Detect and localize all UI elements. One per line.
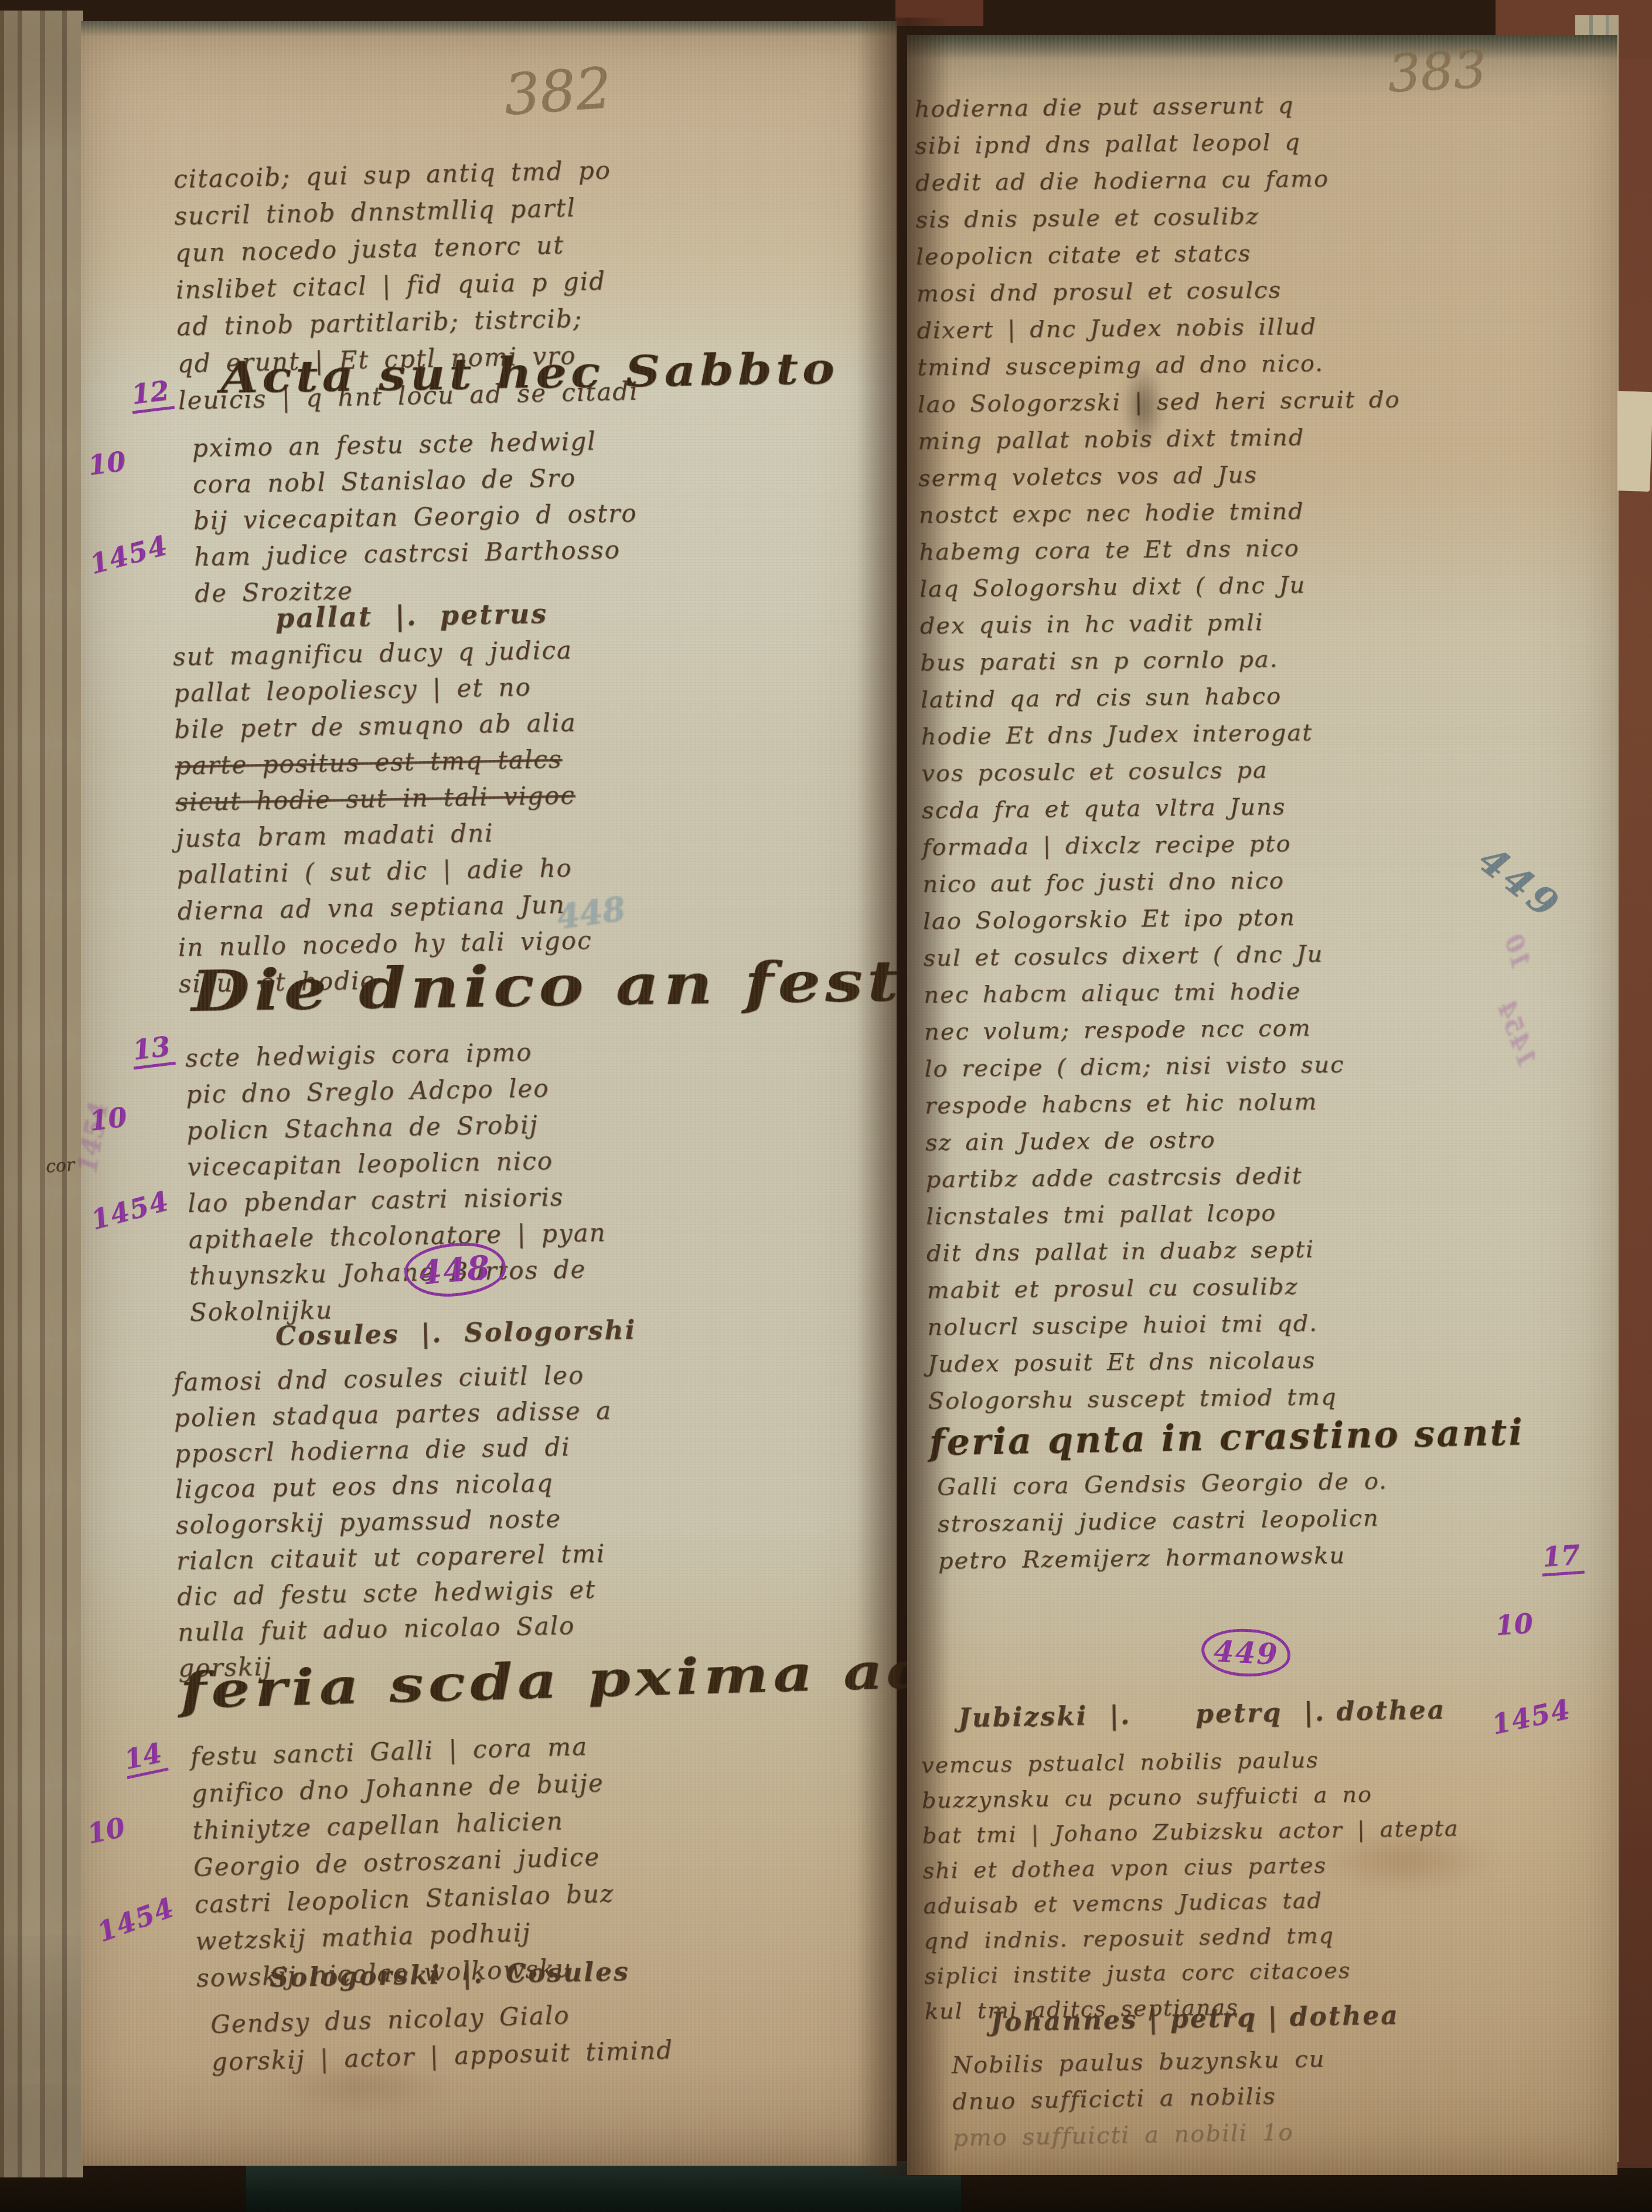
party-line-sologorski-consules: Sologorski |. Cosules: [270, 1957, 630, 1993]
book-cover-gutter-notch: [895, 0, 983, 26]
margin-date-day: 14: [120, 1737, 169, 1780]
margin-correction-mark: cor: [45, 1154, 76, 1177]
manuscript-line: sermq voletcs vos ad Jus: [918, 454, 1511, 497]
manuscript-line: mosi dnd prosul et cosulcs: [916, 270, 1508, 313]
party-line-jubizski-petrus-dorothea: Jubizski |. petrq |. dothea: [958, 1695, 1446, 1734]
manuscript-line: ming pallat nobis dixt tmind: [918, 417, 1510, 461]
party-line-johannes-petrus-dorothea: Johannes | petrq | dothea: [990, 2000, 1399, 2037]
paragraph-actor-apposuit: Gendsy dus nicolay Gialogorskij | actor …: [210, 1988, 904, 2081]
manuscript-line: partibz adde castrcsis dedit: [925, 1156, 1518, 1199]
party-line-pallat-petrus: pallat |. petrus: [275, 598, 549, 634]
manuscript-line: mabit et prosul cu cosulibz: [927, 1266, 1519, 1310]
margin-date-year: 1454: [87, 524, 190, 580]
manuscript-line: licnstales tmi pallat lcopo: [926, 1192, 1518, 1236]
manuscript-line: dex quis in hc vadit pmli: [919, 602, 1512, 645]
margin-date-month: 10: [79, 1800, 181, 1850]
manuscript-line: nolucrl suscipe huioi tmi qd.: [927, 1303, 1520, 1347]
manuscript-line: laq Sologorshu dixt ( dnc Ju: [919, 565, 1512, 608]
manuscript-line: nostct expc nec hodie tmind: [918, 491, 1511, 534]
heading-acta-sabbato: Acta sut hec Sabbto: [220, 343, 839, 403]
manuscript-book-photo: 382 citacoib; qui sup antiq tmd posucril…: [0, 0, 1652, 2212]
bottom-shadow-under-pages: [246, 2161, 961, 2212]
right-page-top-edge: [907, 35, 1617, 60]
margin-date-day: 12: [128, 374, 175, 414]
margin-date-day: 13: [130, 1030, 176, 1069]
manuscript-line: leopolicn citate et statcs: [916, 233, 1508, 276]
manuscript-line: nec volum; respode ncc com: [924, 1008, 1517, 1051]
page-number-382: 382: [502, 55, 614, 128]
manuscript-line: bus parati sn p cornlo pa.: [920, 639, 1513, 682]
left-page: 382 citacoib; qui sup antiq tmd posucril…: [81, 21, 897, 2166]
manuscript-line: lao Sologorzski | sed heri scruit do: [917, 380, 1510, 424]
manuscript-line: dedit ad die hodierna cu famo: [915, 159, 1507, 202]
manuscript-line: petro Rzemijerz hormanowsku: [938, 1535, 1536, 1580]
manuscript-line: dixert | dnc Judex nobis illud: [917, 306, 1509, 350]
manuscript-line: sibi ipnd dns pallat leopol q: [915, 122, 1507, 165]
paragraph-palatinus-record: sut magnificu ducy q judicapallat leopol…: [173, 627, 883, 1003]
paragraph-paulus-buzynski: vemcus pstualcl nobilis paulusbuzzynsku …: [921, 1739, 1541, 2029]
manuscript-line: scda fra et quta vltra Juns: [922, 786, 1514, 830]
paragraph-nobilis-paulus: Nobilis paulus buzynsku cudnuo sufficict…: [951, 2037, 1551, 2156]
manuscript-line: hodierna die put asserunt q: [914, 85, 1507, 128]
heading-die-dominico: Die dnico an festu: [190, 947, 956, 1024]
paragraph-festum-galli: festu sancti Galli | cora magnifico dno …: [190, 1720, 888, 1997]
paragraph-judex-dialogue: hodierna die put asserunt qsibi ipnd dns…: [914, 85, 1520, 1420]
paragraph-hedwigis-record: scte hedwigis cora ipmopic dno Sreglo Ad…: [185, 1028, 881, 1331]
manuscript-line: sis dnis psule et cosulibz: [915, 196, 1508, 239]
margin-date-year: 1454: [88, 1180, 191, 1235]
manuscript-line: sz ain Judex de ostro: [925, 1119, 1518, 1162]
left-page-top-edge: [81, 21, 897, 36]
margin-date-month: 10: [81, 439, 182, 481]
manuscript-line: lo recipe ( dicm; nisi visto suc: [924, 1045, 1517, 1088]
manuscript-line: sul et cosulcs dixert ( dnc Ju: [923, 934, 1515, 977]
manuscript-line: respode habcns et hic nolum: [925, 1082, 1517, 1125]
paragraph-famosi-consules: famosi dnd cosules ciuitl leopolien stad…: [173, 1352, 881, 1686]
manuscript-line: latind qa rd cis sun habco: [921, 676, 1513, 719]
right-page: 383 hodierna die put asserunt qsibi ipnd…: [907, 35, 1617, 2175]
manuscript-line: habemg cora te Et dns nico: [919, 528, 1511, 571]
paragraph-galli-coram: Galli cora Gendsis Georgio de o.stroszan…: [937, 1461, 1537, 1580]
manuscript-line: nico aut foc justi dno nico: [922, 860, 1515, 904]
manuscript-line: formada | dixclz recipe pto: [922, 823, 1514, 867]
manuscript-line: vos pcosulc et cosulcs pa: [921, 749, 1514, 793]
circled-record-number-449: 449: [1200, 1627, 1292, 1679]
manuscript-line: dit dns pallat in duabz septi: [927, 1229, 1519, 1273]
party-line-consules-sologorski: Cosules |. Sologorshi: [275, 1315, 637, 1352]
manuscript-line: Judex posuit Et dns nicolaus: [928, 1340, 1520, 1383]
manuscript-line: lao Sologorskio Et ipo pton: [923, 897, 1515, 940]
margin-date-year: 1454: [93, 1885, 196, 1947]
margin-date-year: 1454: [1489, 1689, 1592, 1740]
manuscript-line: hodie Et dns Judex interogat: [921, 713, 1513, 756]
paragraph-coram-vicecapitaneo: pximo an festu scte hedwiglcora nobl Sta…: [192, 418, 886, 612]
margin-date-day: 17: [1540, 1539, 1585, 1577]
margin-date-month: 10: [1488, 1604, 1589, 1641]
left-fore-edge-pages: [0, 11, 83, 2177]
manuscript-line: tmind suscepimg ad dno nico.: [917, 343, 1510, 387]
manuscript-line: nec habcm aliquc tmi hodie: [924, 971, 1516, 1014]
